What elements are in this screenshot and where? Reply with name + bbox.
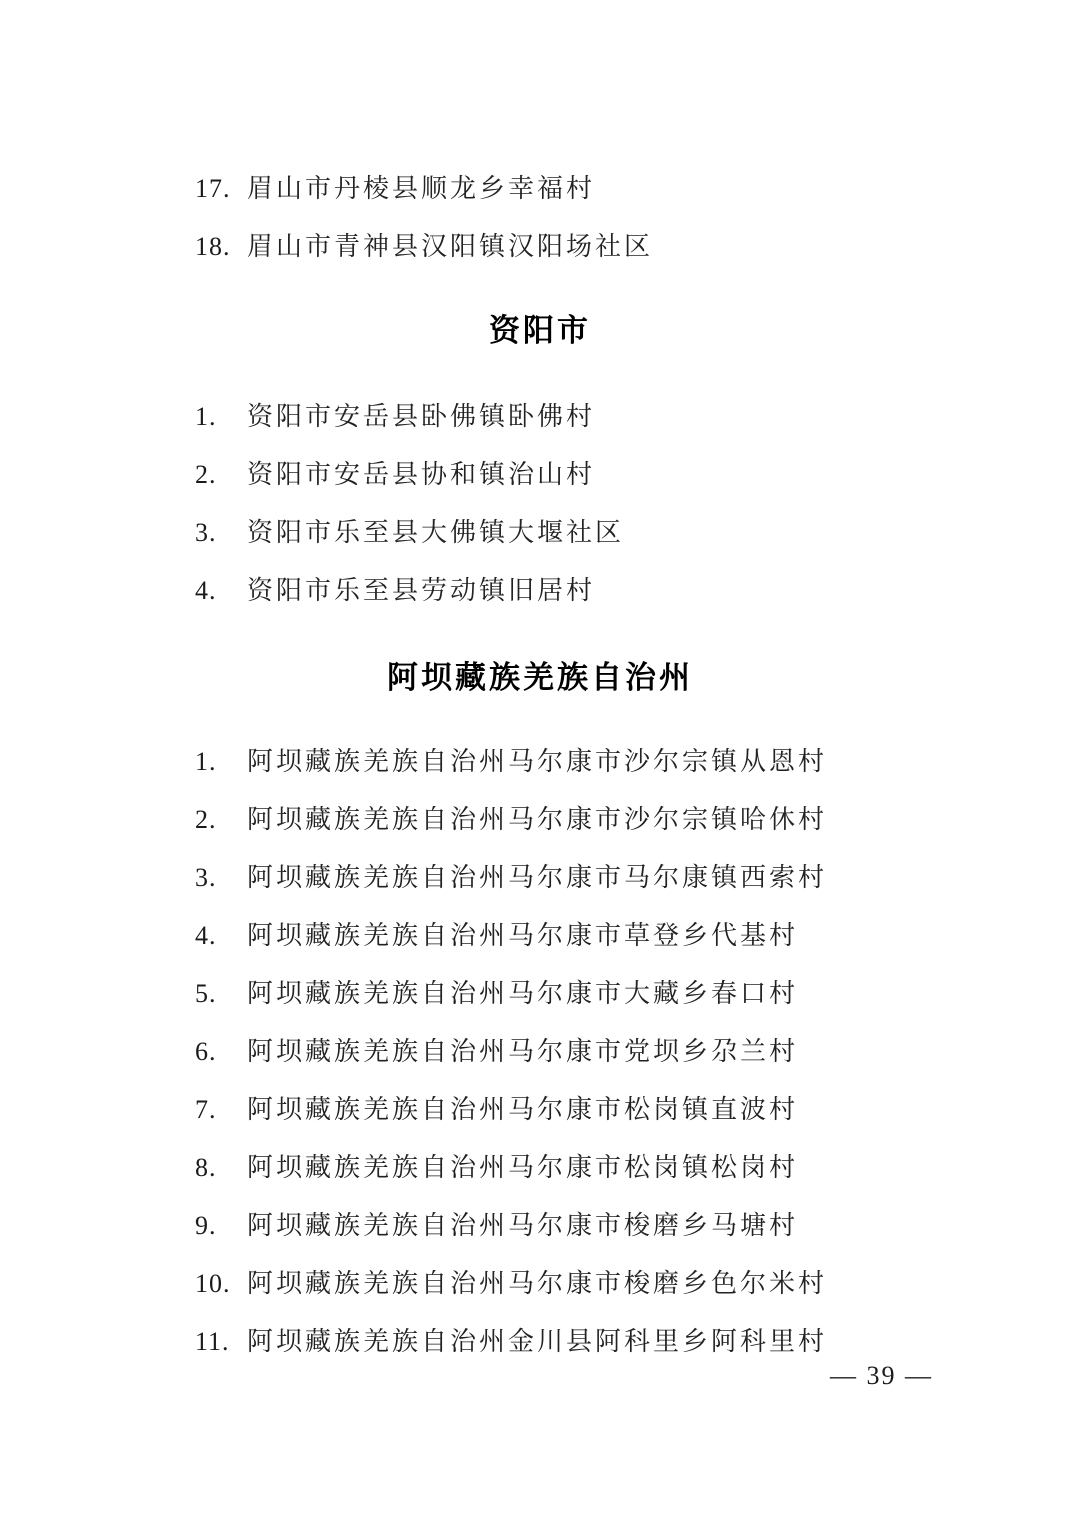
item-number: 9. xyxy=(195,1212,247,1240)
list-item: 3.阿坝藏族羌族自治州马尔康市马尔康镇西索村 xyxy=(195,864,935,892)
item-number: 18. xyxy=(195,233,247,261)
list-item: 6.阿坝藏族羌族自治州马尔康市党坝乡尕兰村 xyxy=(195,1038,935,1066)
page-footer: — 39 — xyxy=(830,1362,933,1390)
village-list-continuation: 17.眉山市丹棱县顺龙乡幸福村 18.眉山市青神县汉阳镇汉阳场社区 xyxy=(195,175,935,261)
item-text: 阿坝藏族羌族自治州马尔康市草登乡代基村 xyxy=(247,921,798,950)
item-number: 1. xyxy=(195,403,247,431)
page-number: — 39 — xyxy=(830,1361,933,1390)
village-list-ziyang: 1.资阳市安岳县卧佛镇卧佛村 2.资阳市安岳县协和镇治山村 3.资阳市乐至县大佛… xyxy=(195,403,935,605)
item-text: 阿坝藏族羌族自治州马尔康市沙尔宗镇哈休村 xyxy=(247,805,827,834)
item-text: 阿坝藏族羌族自治州金川县阿科里乡阿科里村 xyxy=(247,1327,827,1356)
item-number: 3. xyxy=(195,519,247,547)
item-text: 眉山市丹棱县顺龙乡幸福村 xyxy=(247,174,595,203)
document-page: 17.眉山市丹棱县顺龙乡幸福村 18.眉山市青神县汉阳镇汉阳场社区 资阳市 1.… xyxy=(0,0,1080,1527)
list-item: 11.阿坝藏族羌族自治州金川县阿科里乡阿科里村 xyxy=(195,1328,935,1356)
item-text: 阿坝藏族羌族自治州马尔康市梭磨乡马塘村 xyxy=(247,1211,798,1240)
list-item: 10.阿坝藏族羌族自治州马尔康市梭磨乡色尔米村 xyxy=(195,1270,935,1298)
item-text: 资阳市乐至县劳动镇旧居村 xyxy=(247,576,595,605)
item-text: 阿坝藏族羌族自治州马尔康市松岗镇直波村 xyxy=(247,1095,798,1124)
item-text: 资阳市乐至县大佛镇大堰社区 xyxy=(247,518,624,547)
list-item: 4.资阳市乐至县劳动镇旧居村 xyxy=(195,577,935,605)
list-item: 2.阿坝藏族羌族自治州马尔康市沙尔宗镇哈休村 xyxy=(195,806,935,834)
list-item: 3.资阳市乐至县大佛镇大堰社区 xyxy=(195,519,935,547)
item-number: 2. xyxy=(195,461,247,489)
item-text: 阿坝藏族羌族自治州马尔康市党坝乡尕兰村 xyxy=(247,1037,798,1066)
list-item: 17.眉山市丹棱县顺龙乡幸福村 xyxy=(195,175,935,203)
list-item: 9.阿坝藏族羌族自治州马尔康市梭磨乡马塘村 xyxy=(195,1212,935,1240)
item-number: 3. xyxy=(195,864,247,892)
list-item: 18.眉山市青神县汉阳镇汉阳场社区 xyxy=(195,233,935,261)
item-text: 眉山市青神县汉阳镇汉阳场社区 xyxy=(247,232,653,261)
item-number: 7. xyxy=(195,1096,247,1124)
item-text: 阿坝藏族羌族自治州马尔康市大藏乡春口村 xyxy=(247,979,798,1008)
item-number: 11. xyxy=(195,1328,247,1356)
item-number: 4. xyxy=(195,577,247,605)
list-item: 2.资阳市安岳县协和镇治山村 xyxy=(195,461,935,489)
item-text: 资阳市安岳县协和镇治山村 xyxy=(247,460,595,489)
item-text: 资阳市安岳县卧佛镇卧佛村 xyxy=(247,402,595,431)
village-list-aba: 1.阿坝藏族羌族自治州马尔康市沙尔宗镇从恩村 2.阿坝藏族羌族自治州马尔康市沙尔… xyxy=(195,748,935,1356)
list-item: 8.阿坝藏族羌族自治州马尔康市松岗镇松岗村 xyxy=(195,1154,935,1182)
item-number: 1. xyxy=(195,748,247,776)
item-number: 2. xyxy=(195,806,247,834)
list-item: 1.阿坝藏族羌族自治州马尔康市沙尔宗镇从恩村 xyxy=(195,748,935,776)
item-text: 阿坝藏族羌族自治州马尔康市沙尔宗镇从恩村 xyxy=(247,747,827,776)
item-number: 17. xyxy=(195,175,247,203)
list-item: 4.阿坝藏族羌族自治州马尔康市草登乡代基村 xyxy=(195,922,935,950)
item-number: 5. xyxy=(195,980,247,1008)
item-number: 6. xyxy=(195,1038,247,1066)
item-number: 4. xyxy=(195,922,247,950)
section-heading-ziyang: 资阳市 xyxy=(0,313,1080,349)
item-number: 8. xyxy=(195,1154,247,1182)
list-item: 1.资阳市安岳县卧佛镇卧佛村 xyxy=(195,403,935,431)
section-heading-aba: 阿坝藏族羌族自治州 xyxy=(0,660,1080,696)
item-text: 阿坝藏族羌族自治州马尔康市马尔康镇西索村 xyxy=(247,863,827,892)
page-content: 17.眉山市丹棱县顺龙乡幸福村 18.眉山市青神县汉阳镇汉阳场社区 资阳市 1.… xyxy=(0,0,1080,1356)
list-item: 5.阿坝藏族羌族自治州马尔康市大藏乡春口村 xyxy=(195,980,935,1008)
item-text: 阿坝藏族羌族自治州马尔康市梭磨乡色尔米村 xyxy=(247,1269,827,1298)
item-number: 10. xyxy=(195,1270,247,1298)
item-text: 阿坝藏族羌族自治州马尔康市松岗镇松岗村 xyxy=(247,1153,798,1182)
list-item: 7.阿坝藏族羌族自治州马尔康市松岗镇直波村 xyxy=(195,1096,935,1124)
